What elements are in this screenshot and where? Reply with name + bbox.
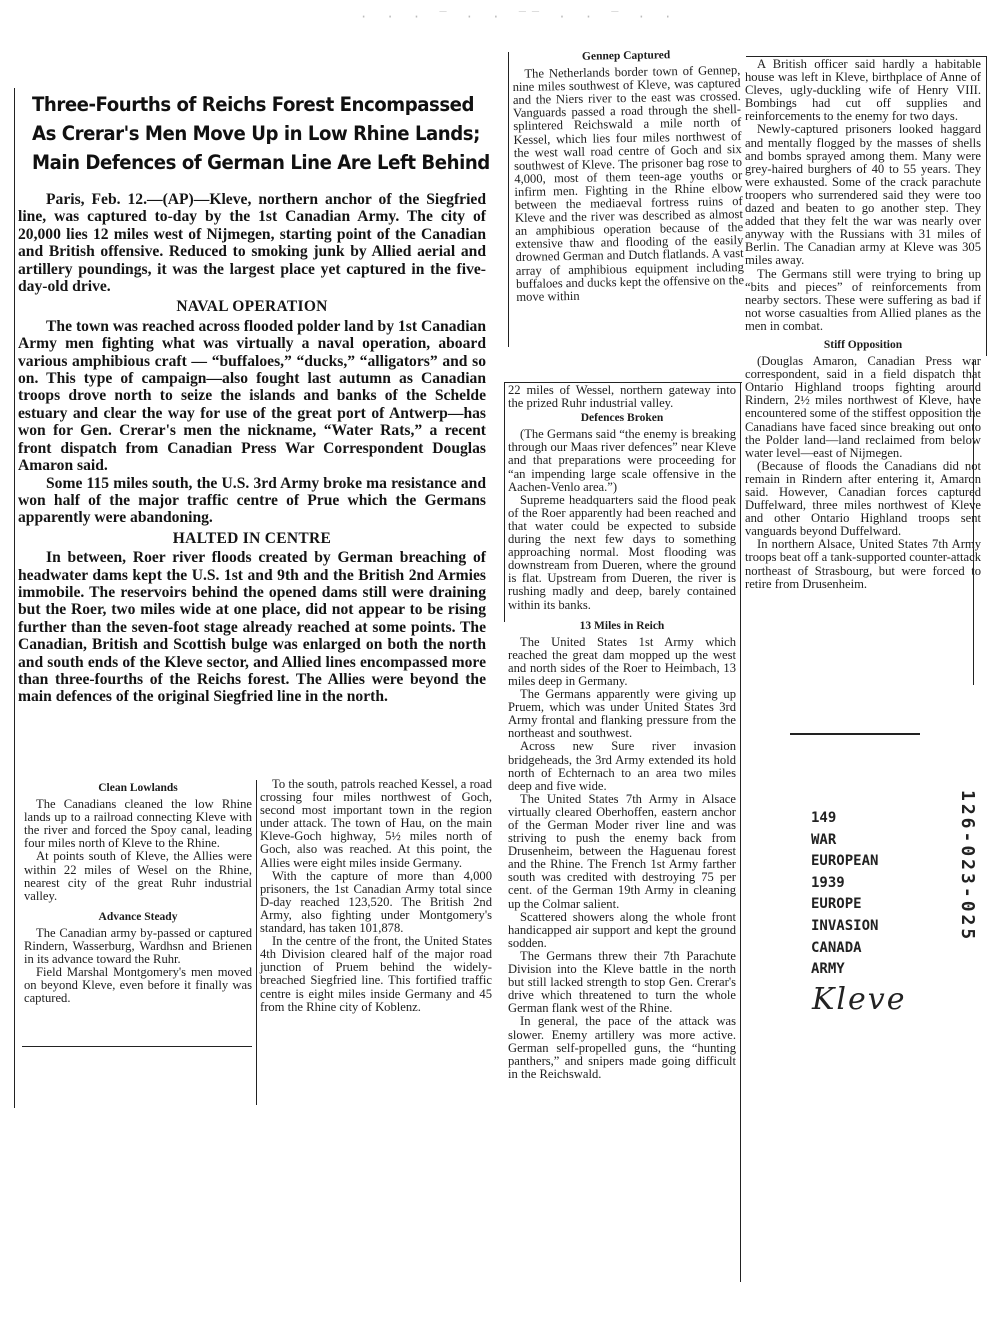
column-rule	[508, 52, 509, 347]
column-rule	[504, 382, 505, 622]
col-c-paragraph-5: The Germans apparently were giving up Pr…	[508, 688, 736, 740]
col-b-paragraph-1: To the south, patrols reached Kessel, a …	[260, 778, 492, 870]
naval-paragraph-2: Some 115 miles south, the U.S. 3rd Army …	[18, 475, 486, 527]
subhead-13-miles-in-reich: 13 Miles in Reich	[508, 620, 736, 633]
scan-artifacts: · · · ‾ · · ‾‾ · · ‾ · ·	[360, 10, 980, 32]
clean-paragraph-2: At points south of Kleve, the Allies wer…	[24, 850, 252, 902]
stamp-line: 1939	[811, 873, 878, 895]
dateline-paragraph: Paris, Feb. 12.—(AP)—Kleve, northern anc…	[18, 191, 486, 295]
subhead-clean-lowlands: Clean Lowlands	[24, 782, 252, 795]
stamp-line: WAR	[811, 830, 878, 852]
archive-stamp: 149 WAR EUROPEAN 1939 EUROPE INVASION CA…	[811, 808, 878, 981]
col-d-paragraph-5: (Because of floods the Canadians did not…	[745, 460, 981, 539]
column-a: Clean Lowlands The Canadians cleaned the…	[24, 780, 252, 1006]
col-d-paragraph-1: A British officer said hardly a habitabl…	[745, 58, 981, 123]
column-rule	[986, 56, 987, 356]
bottom-rule	[22, 1046, 252, 1047]
lead-story: Paris, Feb. 12.—(AP)—Kleve, northern anc…	[18, 191, 486, 706]
clipping-border-left	[14, 88, 15, 1108]
subhead-naval-operation: NAVAL OPERATION	[18, 298, 486, 315]
end-rule	[790, 733, 920, 735]
col-c-paragraph-1: 22 miles of Wessel, northern gateway int…	[508, 384, 736, 410]
advance-paragraph-2: Field Marshal Montgomery's men moved on …	[24, 966, 252, 1005]
stamp-line: EUROPE	[811, 894, 878, 916]
subhead-defences-broken: Defences Broken	[508, 412, 736, 425]
col-d-paragraph-4: (Douglas Amaron, Canadian Press war corr…	[745, 355, 981, 460]
column-rule	[256, 780, 257, 1105]
naval-paragraph-1: The town was reached across flooded pold…	[18, 318, 486, 475]
stamp-line: ARMY	[811, 959, 878, 981]
column-rule	[740, 382, 741, 1282]
col-c-paragraph-9: The Germans threw their 7th Parachute Di…	[508, 950, 736, 1015]
advance-paragraph-1: The Canadian army by-passed or captured …	[24, 927, 252, 966]
subhead-gennep-captured: Gennep Captured	[512, 48, 740, 65]
col-c-paragraph-2: (The Germans said “the enemy is breaking…	[508, 428, 736, 493]
col-c-paragraph-10: In general, the pace of the attack was s…	[508, 1015, 736, 1080]
headline-line-1: Three-Fourths of Reichs Forest Encompass…	[32, 90, 462, 119]
headline-line-2: As Crerar's Men Move Up in Low Rhine Lan…	[32, 119, 462, 148]
column-c-top: Gennep Captured The Netherlands border t…	[512, 46, 744, 304]
col-c-paragraph-7: The United States 7th Army in Alsace vir…	[508, 793, 736, 911]
col-d-paragraph-2: Newly-captured prisoners looked haggard …	[745, 123, 981, 267]
archive-reference-number: 126-023-025	[942, 790, 978, 990]
halted-paragraph: In between, Roer river floods created by…	[18, 549, 486, 706]
subhead-advance-steady: Advance Steady	[24, 911, 252, 924]
stamp-line: EUROPEAN	[811, 851, 878, 873]
col-d-paragraph-3: The Germans still were trying to bring u…	[745, 268, 981, 333]
subhead-halted-in-centre: HALTED IN CENTRE	[18, 530, 486, 547]
col-c-paragraph-4: The United States 1st Army which reached…	[508, 636, 736, 688]
headline: Three-Fourths of Reichs Forest Encompass…	[32, 90, 462, 177]
col-c-paragraph-6: Across new Sure river invasion bridgehea…	[508, 740, 736, 792]
headline-line-3: Main Defences of German Line Are Left Be…	[32, 148, 462, 177]
stamp-line: 149	[811, 808, 878, 830]
column-c-bottom: 22 miles of Wessel, northern gateway int…	[508, 384, 736, 1081]
col-c-paragraph-8: Scattered showers along the whole front …	[508, 911, 736, 950]
col-b-paragraph-3: In the centre of the front, the United S…	[260, 935, 492, 1014]
stamp-line: INVASION	[811, 916, 878, 938]
column-b: To the south, patrols reached Kessel, a …	[260, 778, 492, 1014]
column-d: A British officer said hardly a habitabl…	[745, 58, 981, 591]
col-d-paragraph-6: In northern Alsace, United States 7th Ar…	[745, 538, 981, 590]
clean-paragraph-1: The Canadians cleaned the low Rhine land…	[24, 798, 252, 850]
col-b-paragraph-2: With the capture of more than 4,000 pris…	[260, 870, 492, 935]
handwritten-note: Kleve	[812, 982, 906, 1017]
stamp-line: CANADA	[811, 938, 878, 960]
gennep-paragraph: The Netherlands border town of Gennep, n…	[512, 64, 744, 304]
col-c-paragraph-3: Supreme headquarters said the flood peak…	[508, 494, 736, 612]
subhead-stiff-opposition: Stiff Opposition	[745, 339, 981, 352]
